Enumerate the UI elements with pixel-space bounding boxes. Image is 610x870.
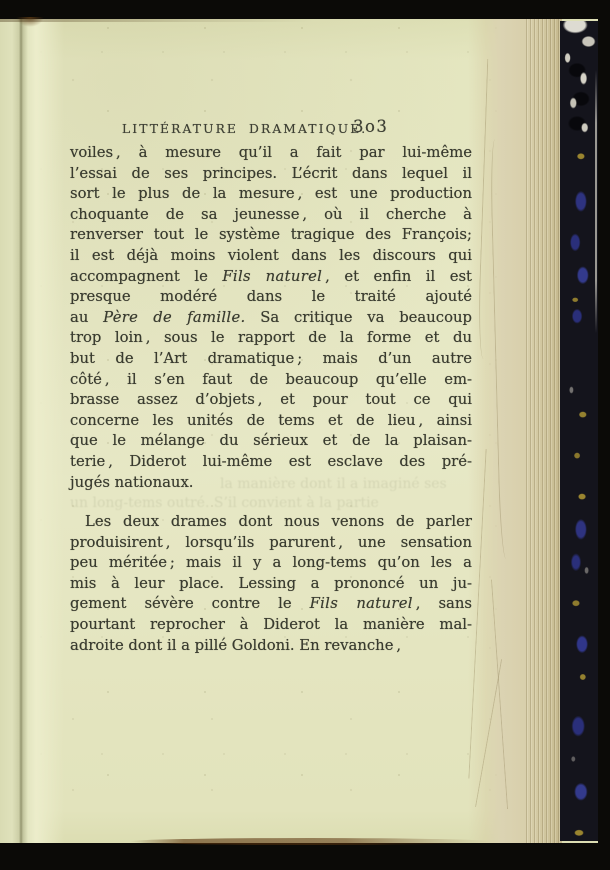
- text-line: Les deux drames dont nous venons de parl…: [70, 512, 472, 533]
- text-segment: Sa critique va beaucoup: [246, 309, 472, 326]
- text-segment: , et enfin il est: [322, 268, 472, 285]
- page-header: LITTÉRATURE DRAMATIQUE. 3o3: [70, 121, 472, 143]
- italic-text: Fils naturel: [310, 595, 413, 612]
- text-segment: il est déjà moins violent dans les disco…: [70, 247, 472, 264]
- text-segment: au: [70, 309, 103, 326]
- text-line: peu méritée ; mais il y a long-tems qu’o…: [70, 553, 472, 574]
- text-line: gement sévère contre le Fils naturel , s…: [70, 594, 472, 615]
- text-segment: pourtant reprocher à Diderot la manière …: [70, 616, 472, 633]
- text-segment: Les deux drames dont nous venons de parl…: [85, 513, 472, 530]
- text-line: jugés nationaux.: [70, 473, 472, 494]
- text-line: mis à leur place. Lessing a prononcé un …: [70, 574, 472, 595]
- running-title: LITTÉRATURE DRAMATIQUE.: [122, 122, 367, 136]
- text-line: produisirent , lorsqu’ils parurent , une…: [70, 533, 472, 554]
- text-line: renverser tout le système tragique des F…: [70, 225, 472, 246]
- text-segment: sort le plus de la mesure , est une prod…: [70, 185, 472, 202]
- text-segment: adroite dont il a pillé Goldoni. En reva…: [70, 637, 401, 654]
- body-text: voiles , à mesure qu’il a fait par lui-m…: [70, 143, 472, 656]
- text-line: l’essai de ses principes. L’écrit dans l…: [70, 164, 472, 185]
- text-line: choquante de sa jeunesse , où il cherche…: [70, 205, 472, 226]
- text-segment: mis à leur place. Lessing a prononcé un …: [70, 575, 472, 592]
- text-line: terie , Diderot lui-même est esclave des…: [70, 452, 472, 473]
- text-block: LITTÉRATURE DRAMATIQUE. 3o3 voiles , à m…: [70, 121, 472, 656]
- text-segment: terie , Diderot lui-même est esclave des…: [70, 453, 472, 470]
- text-segment: brasse assez d’objets , et pour tout ce …: [70, 391, 472, 408]
- text-segment: gement sévère contre le: [70, 595, 310, 612]
- text-segment: presque modéré dans le traité ajouté: [70, 288, 472, 305]
- text-line: voiles , à mesure qu’il a fait par lui-m…: [70, 143, 472, 164]
- italic-text: Père de famille.: [103, 309, 245, 326]
- text-segment: choquante de sa jeunesse , où il cherche…: [70, 206, 472, 223]
- deckle-page-edges: [468, 19, 562, 843]
- text-line: concerne les unités de tems et de lieu ,…: [70, 411, 472, 432]
- text-line: il est déjà moins violent dans les disco…: [70, 246, 472, 267]
- paragraph: voiles , à mesure qu’il a fait par lui-m…: [70, 143, 472, 493]
- text-line: adroite dont il a pillé Goldoni. En reva…: [70, 636, 472, 657]
- text-segment: l’essai de ses principes. L’écrit dans l…: [70, 165, 472, 182]
- text-segment: côté , il s’en faut de beaucoup qu’elle …: [70, 371, 472, 388]
- text-line: au Père de famille. Sa critique va beauc…: [70, 308, 472, 329]
- book-page: la manière dont il a imaginé ses un long…: [0, 19, 598, 843]
- text-segment: trop loin , sous le rapport de la forme …: [70, 329, 472, 346]
- text-segment: , sans: [413, 595, 472, 612]
- gutter-crease: [0, 19, 64, 843]
- text-line: sort le plus de la mesure , est une prod…: [70, 184, 472, 205]
- page-number: 3o3: [353, 117, 388, 136]
- text-line: côté , il s’en faut de beaucoup qu’elle …: [70, 370, 472, 391]
- text-line: accompagnent le Fils naturel , et enfin …: [70, 267, 472, 288]
- text-segment: jugés nationaux.: [70, 474, 194, 491]
- text-line: que le mélange du sérieux et de la plais…: [70, 431, 472, 452]
- book-photograph: la manière dont il a imaginé ses un long…: [0, 0, 610, 870]
- text-line: brasse assez d’objets , et pour tout ce …: [70, 390, 472, 411]
- bottom-edge-stain: [130, 838, 490, 845]
- text-line: but de l’Art dramatique ; mais d’un autr…: [70, 349, 472, 370]
- text-segment: accompagnent le: [70, 268, 222, 285]
- text-line: trop loin , sous le rapport de la forme …: [70, 328, 472, 349]
- marbled-cover-edge: [560, 21, 598, 841]
- text-segment: voiles , à mesure qu’il a fait par lui-m…: [70, 144, 472, 161]
- text-segment: renverser tout le système tragique des F…: [70, 226, 472, 243]
- text-segment: concerne les unités de tems et de lieu ,…: [70, 412, 472, 429]
- text-segment: que le mélange du sérieux et de la plais…: [70, 432, 472, 449]
- paragraph: Les deux drames dont nous venons de parl…: [70, 512, 472, 656]
- text-line: pourtant reprocher à Diderot la manière …: [70, 615, 472, 636]
- gutter-top-stain: [16, 17, 44, 27]
- text-segment: produisirent , lorsqu’ils parurent , une…: [70, 534, 472, 551]
- text-segment: but de l’Art dramatique ; mais d’un autr…: [70, 350, 472, 367]
- text-segment: peu méritée ; mais il y a long-tems qu’o…: [70, 554, 472, 571]
- text-line: presque modéré dans le traité ajouté: [70, 287, 472, 308]
- italic-text: Fils naturel: [222, 268, 322, 285]
